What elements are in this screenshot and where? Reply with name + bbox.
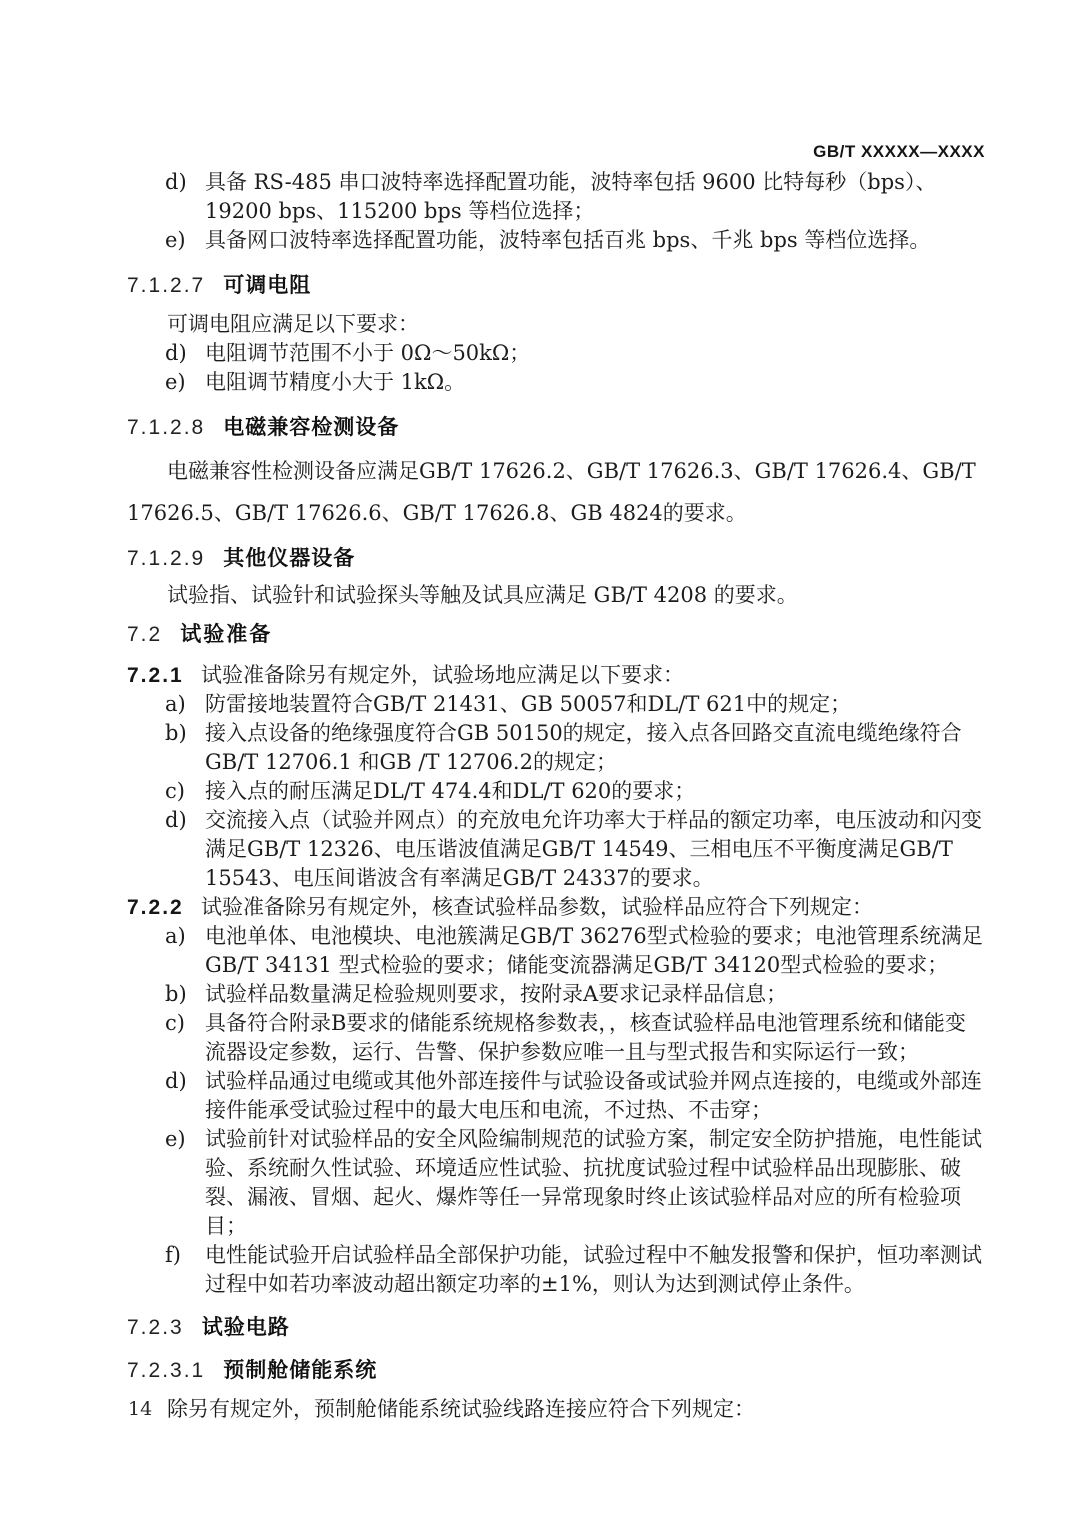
section-heading-7127: 7.1.2.7 可调电阻 [127, 271, 985, 300]
list-label: b) [165, 980, 205, 1009]
list-label: d) [165, 806, 205, 893]
list-7127: d) 电阻调节范围不小于 0Ω～50kΩ； e) 电阻调节精度小大于 1kΩ。 [165, 339, 985, 397]
list-item: d) 试验样品通过电缆或其他外部连接件与试验设备或试验并网点连接的，电缆或外部连… [165, 1067, 985, 1125]
list-label: c) [165, 1009, 205, 1067]
clause-number: 7.1.2.8 [127, 413, 205, 442]
list-item: a) 防雷接地装置符合GB/T 21431、GB 50057和DL/T 621中… [165, 690, 985, 719]
clause-title: 其他仪器设备 [223, 544, 355, 573]
document-page: GB/T XXXXX—XXXX d) 具备 RS-485 串口波特率选择配置功能… [0, 0, 1080, 1527]
clause-lead: 试验准备除另有规定外，核查试验样品参数，试验样品应符合下列规定： [201, 893, 985, 922]
section-heading-7231: 7.2.3.1 预制舱储能系统 [127, 1356, 985, 1385]
list-item: d) 电阻调节范围不小于 0Ω～50kΩ； [165, 339, 985, 368]
list-label: a) [165, 690, 205, 719]
list-text: 电池单体、电池模块、电池簇满足GB/T 36276型式检验的要求；电池管理系统满… [205, 922, 985, 980]
list-text: 防雷接地装置符合GB/T 21431、GB 50057和DL/T 621中的规定… [205, 690, 985, 719]
clause-number: 7.1.2.9 [127, 544, 205, 573]
list-item: e) 电阻调节精度小大于 1kΩ。 [165, 368, 985, 397]
list-722: a) 电池单体、电池模块、电池簇满足GB/T 36276型式检验的要求；电池管理… [165, 922, 985, 1299]
list-item: b) 接入点设备的绝缘强度符合GB 50150的规定，接入点各回路交直流电缆绝缘… [165, 719, 985, 777]
list-text: 试验样品通过电缆或其他外部连接件与试验设备或试验并网点连接的，电缆或外部连接件能… [205, 1067, 985, 1125]
clause-number: 7.1.2.7 [127, 271, 205, 300]
section-heading-7128: 7.1.2.8 电磁兼容检测设备 [127, 413, 985, 442]
body-paragraph: 电磁兼容性检测设备应满足GB/T 17626.2、GB/T 17626.3、GB… [127, 450, 985, 534]
clause-title: 电磁兼容检测设备 [223, 413, 399, 442]
section-heading-723: 7.2.3 试验电路 [127, 1313, 985, 1342]
list-text: 接入点设备的绝缘强度符合GB 50150的规定，接入点各回路交直流电缆绝缘符合G… [205, 719, 985, 777]
list-label: e) [165, 226, 205, 255]
list-item: e) 具备网口波特率选择配置功能，波特率包括百兆 bps、千兆 bps 等档位选… [165, 226, 985, 255]
clause-number: 7.2.1 [127, 661, 185, 690]
list-item: f) 电性能试验开启试验样品全部保护功能，试验过程中不触发报警和保护，恒功率测试… [165, 1241, 985, 1299]
list-label: d) [165, 1067, 205, 1125]
doc-code-header: GB/T XXXXX—XXXX [813, 142, 985, 162]
list-label: c) [165, 777, 205, 806]
clause-number: 7.2 [127, 620, 162, 649]
list-item: e) 试验前针对试验样品的安全风险编制规范的试验方案，制定安全防护措施，电性能试… [165, 1125, 985, 1241]
clause-title: 可调电阻 [223, 271, 311, 300]
clause-title: 试验准备 [180, 620, 272, 649]
clause-721: 7.2.1 试验准备除另有规定外，试验场地应满足以下要求： [127, 661, 985, 690]
top-list: d) 具备 RS-485 串口波特率选择配置功能，波特率包括 9600 比特每秒… [165, 168, 985, 255]
list-item: c) 具备符合附录B要求的储能系统规格参数表，，核查试验样品电池管理系统和储能变… [165, 1009, 985, 1067]
clause-title: 试验电路 [202, 1313, 290, 1342]
list-item: c) 接入点的耐压满足DL/T 474.4和DL/T 620的要求； [165, 777, 985, 806]
list-text: 电阻调节范围不小于 0Ω～50kΩ； [205, 339, 985, 368]
list-item: b) 试验样品数量满足检验规则要求，按附录A要求记录样品信息； [165, 980, 985, 1009]
list-text: 具备网口波特率选择配置功能，波特率包括百兆 bps、千兆 bps 等档位选择。 [205, 226, 985, 255]
list-text: 具备 RS-485 串口波特率选择配置功能，波特率包括 9600 比特每秒（bp… [205, 168, 985, 226]
clause-number: 7.2.3.1 [127, 1356, 205, 1385]
section-heading-7129: 7.1.2.9 其他仪器设备 [127, 544, 985, 573]
body-paragraph: 试验指、试验针和试验探头等触及试具应满足 GB/T 4208 的要求。 [127, 581, 985, 610]
list-text: 电阻调节精度小大于 1kΩ。 [205, 368, 985, 397]
list-item: d) 具备 RS-485 串口波特率选择配置功能，波特率包括 9600 比特每秒… [165, 168, 985, 226]
list-label: d) [165, 339, 205, 368]
clause-lead: 试验准备除另有规定外，试验场地应满足以下要求： [201, 661, 985, 690]
list-item: a) 电池单体、电池模块、电池簇满足GB/T 36276型式检验的要求；电池管理… [165, 922, 985, 980]
list-item: d) 交流接入点（试验并网点）的充放电允许功率大于样品的额定功率，电压波动和闪变… [165, 806, 985, 893]
clause-title: 预制舱储能系统 [223, 1356, 377, 1385]
clause-722: 7.2.2 试验准备除另有规定外，核查试验样品参数，试验样品应符合下列规定： [127, 893, 985, 922]
intro-paragraph: 可调电阻应满足以下要求： [127, 310, 985, 339]
body-paragraph: 除另有规定外，预制舱储能系统试验线路连接应符合下列规定： [127, 1395, 985, 1424]
list-text: 电性能试验开启试验样品全部保护功能，试验过程中不触发报警和保护，恒功率测试过程中… [205, 1241, 985, 1299]
page-number: 14 [128, 1398, 152, 1420]
list-label: e) [165, 368, 205, 397]
list-text: 接入点的耐压满足DL/T 474.4和DL/T 620的要求； [205, 777, 985, 806]
list-label: e) [165, 1125, 205, 1241]
clause-number: 7.2.3 [127, 1313, 184, 1342]
section-heading-72: 7.2 试验准备 [127, 620, 985, 649]
list-text: 试验样品数量满足检验规则要求，按附录A要求记录样品信息； [205, 980, 985, 1009]
list-text: 具备符合附录B要求的储能系统规格参数表，，核查试验样品电池管理系统和储能变流器设… [205, 1009, 985, 1067]
list-text: 试验前针对试验样品的安全风险编制规范的试验方案，制定安全防护措施，电性能试验、系… [205, 1125, 985, 1241]
list-text: 交流接入点（试验并网点）的充放电允许功率大于样品的额定功率，电压波动和闪变满足G… [205, 806, 985, 893]
clause-number: 7.2.2 [127, 893, 185, 922]
list-label: d) [165, 168, 205, 226]
list-label: f) [165, 1241, 205, 1299]
list-label: b) [165, 719, 205, 777]
list-label: a) [165, 922, 205, 980]
list-721: a) 防雷接地装置符合GB/T 21431、GB 50057和DL/T 621中… [165, 690, 985, 893]
